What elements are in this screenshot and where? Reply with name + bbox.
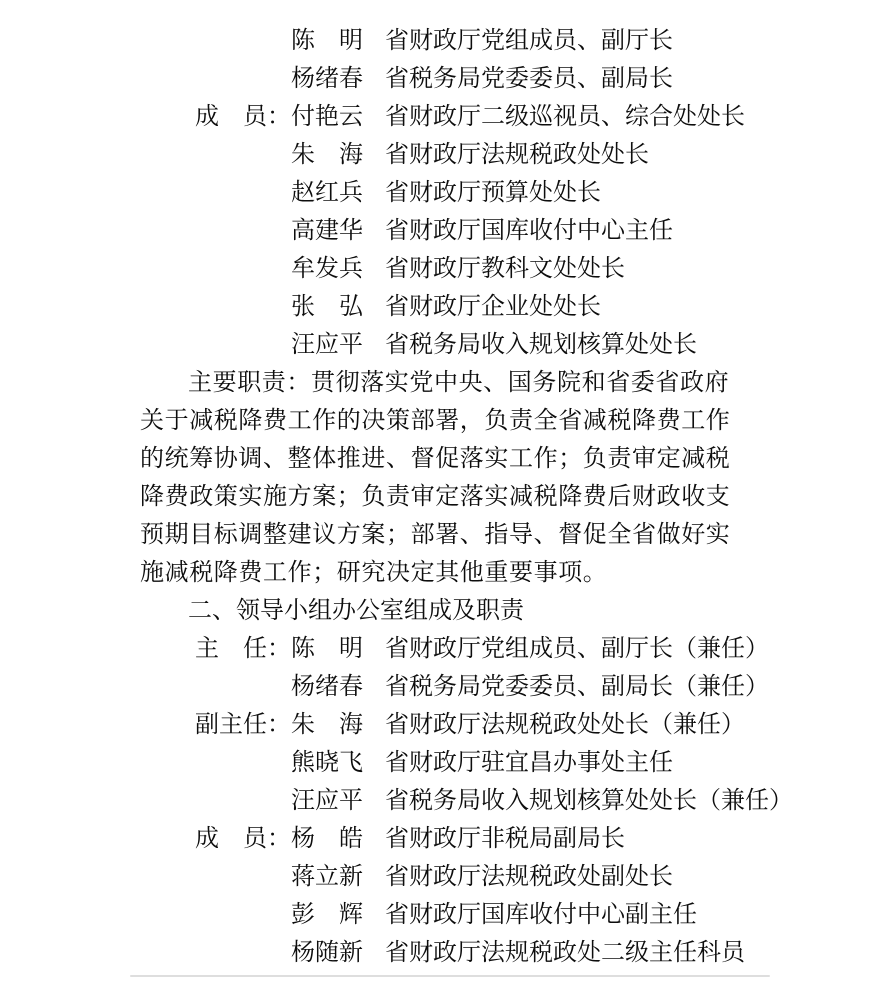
paragraph-line: 预期目标调整建议方案；部署、指导、督促全省做好实 [140,516,740,554]
member-row: 朱 海省财政厅法规税政处处长 [140,136,873,174]
member-title: 省财政厅预算处处长 [385,180,601,206]
member-row: 陈 明省财政厅党组成员、副厅长 [140,22,873,60]
member-row: 牟发兵省财政厅教科文处处长 [140,250,873,288]
member-row: 蒋立新省财政厅法规税政处副处长 [140,858,873,896]
paragraph-line: 施减税降费工作；研究决定其他重要事项。 [140,554,740,592]
paragraph-line: 降费政策实施方案；负责审定落实减税降费后财政收支 [140,478,740,516]
member-name: 汪应平 [291,326,385,364]
member-role-label: 成 员： [195,98,291,136]
member-row: 杨绪春省税务局党委委员、副局长 [140,60,873,98]
member-title: 省财政厅驻宜昌办事处主任 [385,750,673,776]
member-row: 成 员：付艳云省财政厅二级巡视员、综合处处长 [140,98,873,136]
member-name: 赵红兵 [291,174,385,212]
member-title: 省财政厅教科文处处长 [385,256,625,282]
member-row: 成 员：杨 皓省财政厅非税局副局长 [140,820,873,858]
member-name: 朱 海 [291,706,385,744]
member-name: 杨绪春 [291,60,385,98]
member-name: 陈 明 [291,630,385,668]
member-row: 赵红兵省财政厅预算处处长 [140,174,873,212]
member-name: 张 弘 [291,288,385,326]
member-title: 省税务局党委委员、副局长 [385,66,673,92]
member-title: 省财政厅国库收付中心主任 [385,218,673,244]
member-name: 汪应平 [291,782,385,820]
paragraph-line: 的统筹协调、整体推进、督促落实工作；负责审定减税 [140,440,740,478]
member-title: 省税务局收入规划核算处处长（兼任） [385,788,793,814]
member-row: 汪应平省税务局收入规划核算处处长 [140,326,873,364]
member-name: 杨随新 [291,934,385,972]
paragraph-line: 关于减税降费工作的决策部署，负责全省减税降费工作 [140,402,740,440]
member-role-label: 主 任： [195,630,291,668]
paragraph-line: 主要职责：贯彻落实党中央、国务院和省委省政府 [140,364,740,402]
member-name: 杨绪春 [291,668,385,706]
member-name: 牟发兵 [291,250,385,288]
section-heading: 二、领导小组办公室组成及职责 [140,592,873,630]
member-row: 彭 辉省财政厅国库收付中心副主任 [140,896,873,934]
member-title: 省税务局党委委员、副局长（兼任） [385,674,769,700]
member-title: 省财政厅党组成员、副厅长 [385,28,673,54]
member-name: 蒋立新 [291,858,385,896]
page-bottom-divider [130,975,770,977]
member-title: 省财政厅党组成员、副厅长（兼任） [385,636,769,662]
member-title: 省财政厅国库收付中心副主任 [385,902,697,928]
member-name: 彭 辉 [291,896,385,934]
member-row: 副主任：朱 海省财政厅法规税政处处长（兼任） [140,706,873,744]
leading-group-member-list: 陈 明省财政厅党组成员、副厅长 杨绪春省税务局党委委员、副局长 成 员：付艳云省… [140,22,873,364]
member-name: 杨 皓 [291,820,385,858]
member-name: 高建华 [291,212,385,250]
member-title: 省财政厅企业处处长 [385,294,601,320]
member-name: 熊晓飞 [291,744,385,782]
member-row: 张 弘省财政厅企业处处长 [140,288,873,326]
member-row: 杨随新省财政厅法规税政处二级主任科员 [140,934,873,972]
member-row: 汪应平省税务局收入规划核算处处长（兼任） [140,782,873,820]
duties-paragraph: 主要职责：贯彻落实党中央、国务院和省委省政府关于减税降费工作的决策部署，负责全省… [140,364,740,592]
member-name: 付艳云 [291,98,385,136]
member-row: 杨绪春省税务局党委委员、副局长（兼任） [140,668,873,706]
member-row: 熊晓飞省财政厅驻宜昌办事处主任 [140,744,873,782]
document-page: 陈 明省财政厅党组成员、副厅长 杨绪春省税务局党委委员、副局长 成 员：付艳云省… [0,0,873,982]
member-title: 省财政厅法规税政处处长（兼任） [385,712,745,738]
member-title: 省财政厅法规税政处副处长 [385,864,673,890]
member-title: 省财政厅非税局副局长 [385,826,625,852]
member-title: 省税务局收入规划核算处处长 [385,332,697,358]
member-title: 省财政厅法规税政处二级主任科员 [385,940,745,966]
member-role-label: 副主任： [195,706,291,744]
member-title: 省财政厅二级巡视员、综合处处长 [385,104,745,130]
member-row: 主 任：陈 明省财政厅党组成员、副厅长（兼任） [140,630,873,668]
member-name: 朱 海 [291,136,385,174]
member-row: 高建华省财政厅国库收付中心主任 [140,212,873,250]
member-name: 陈 明 [291,22,385,60]
member-title: 省财政厅法规税政处处长 [385,142,649,168]
office-member-list: 主 任：陈 明省财政厅党组成员、副厅长（兼任） 杨绪春省税务局党委委员、副局长（… [140,630,873,972]
member-role-label: 成 员： [195,820,291,858]
